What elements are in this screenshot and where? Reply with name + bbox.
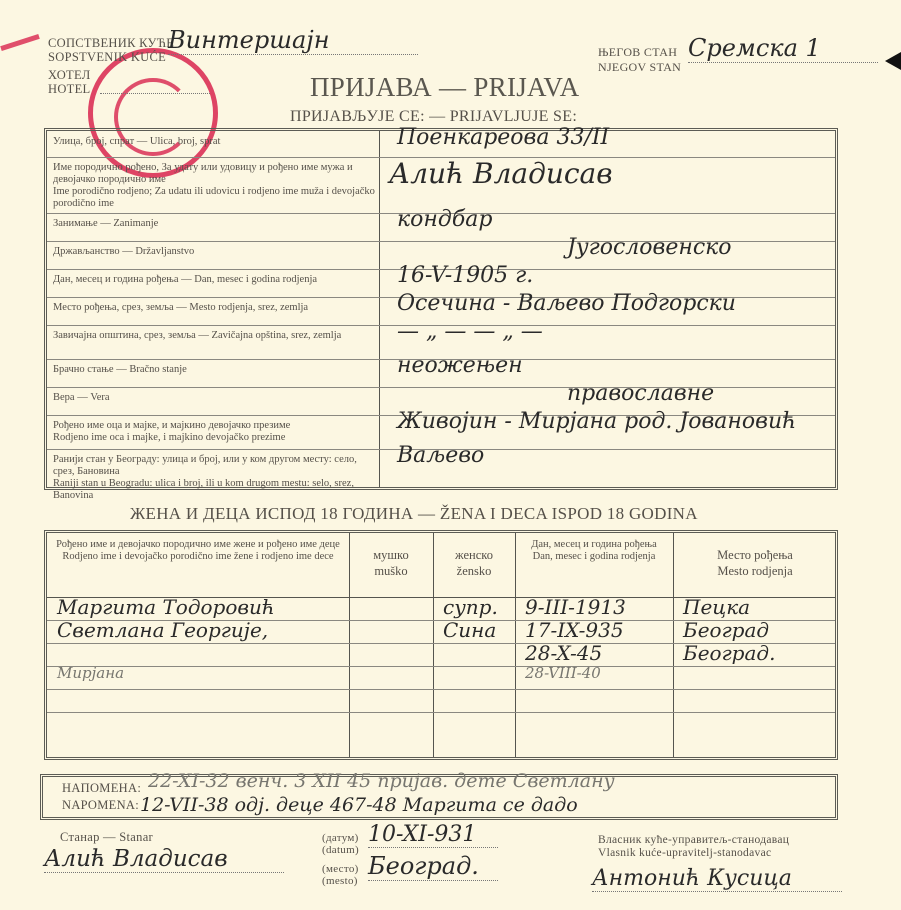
arrow-marker-icon [885,52,901,70]
family-date-cell: 28-VIII-40 [525,664,601,682]
column-divider [433,533,434,757]
field-label: Ранији стан у Београду: улица и број, ил… [53,454,375,502]
hotel-label: ХОТЕЛ HOTEL [48,68,91,96]
family-table: Рођено име и девојачко породично име жен… [44,530,838,760]
field-value: — „ — — „ — [397,319,543,344]
red-ink-mark [0,34,40,51]
owner-signature-label: Власник куће-управитељ-станодавац Vlasni… [598,834,789,860]
tenant-signature: Алић Владисав [44,846,284,873]
field-value: неожењен [397,353,523,378]
field-label: Завичајна општина, срез, земља — Zavičaj… [53,330,375,342]
tenant-label: Станар — Stanar [60,830,153,845]
field-label: Вера — Vera [53,392,375,404]
field-value: кондбар [397,207,492,232]
column-header: мушко muško [353,547,429,579]
field-label: Име породично рођено, За удату или удови… [53,162,375,210]
family-name-cell: Мирјана [57,664,124,682]
family-place-cell: Београд [683,618,769,642]
owner-signature: Антонић Кусица [592,866,842,892]
house-owner-value: Винтершајн [168,26,418,55]
residence-label: ЊЕГОВ СТАН NJEGOV STAN [598,45,681,75]
field-label: Брачно стање — Bračno stanje [53,364,375,376]
registrant-table: Улица, број, спрат — Ulica, broj, spratП… [44,128,838,490]
residence-value: Сремска 1 [688,34,878,63]
note-line-2: 12-VII-38 одј. деце 467-48 Маргита се да… [140,794,578,816]
field-value: Ваљево [397,443,484,468]
form-title: ПРИЈАВА — PRIJAVA [310,72,579,103]
house-owner-label: СОПСТВЕНИК КУЋЕ SOPSTVENIK KUĆE [48,36,174,64]
field-value: Југословенско [567,235,732,260]
row-divider [47,712,835,713]
family-place-cell: Београд. [683,641,775,665]
field-label: Дан, месец и година рођења — Dan, mesec … [53,274,375,286]
field-label: Рођено име оца и мајке, и мајкино девоја… [53,420,375,444]
note-line-1: 22-XI-32 венч. 3 XII 45 пријав. дете Све… [148,770,615,792]
row-divider [47,689,835,690]
field-value: Поенкареова 33/II [397,125,609,150]
column-header: Место рођења Mesto rodjenja [677,547,833,579]
field-value: православне [567,381,714,406]
family-date-cell: 17-IX-935 [525,618,624,642]
hotel-value-line [100,92,210,94]
column-divider [673,533,674,757]
column-header: Дан, месец и година рођења Dan, mesec i … [519,539,669,563]
field-label: Место рођења, срез, земља — Mesto rodjen… [53,302,375,314]
family-name-cell: Маргита Тодоровић [57,595,275,619]
form-subtitle: ПРИЈАВЉУЈЕ СЕ: — PRIJAVLJUJE SE: [290,108,577,126]
row-divider [47,387,835,388]
family-female-cell: супр. [443,595,498,619]
family-date-cell: 9-III-1913 [525,595,626,619]
family-name-cell: Светлана Георгије, [57,618,268,642]
column-header: женско žensko [437,547,511,579]
column-divider [515,533,516,757]
row-divider [47,666,835,667]
field-label: Држављанство — Državljanstvo [53,246,375,258]
field-value: 16-V-1905 г. [397,263,533,288]
field-label: Улица, број, спрат — Ulica, broj, sprat [53,136,375,148]
column-header: Рођено име и девојачко породично име жен… [51,539,345,563]
date-value: 10-XI-931 [368,822,498,848]
place-value: Београд. [368,852,498,881]
family-female-cell: Сина [443,618,496,642]
field-value: Живојин - Мирјана род. Јовановић [397,409,796,434]
date-place-labels: (датум) (datum) (место) (mesto) [322,832,359,887]
field-label: Занимање — Zanimanje [53,218,375,230]
note-label: НАПОМЕНА: NAPOMENA: [62,780,141,814]
family-date-cell: 28-X-45 [525,641,602,665]
family-place-cell: Пецка [683,595,750,619]
column-divider [349,533,350,757]
field-value: Алић Владисав [389,157,613,190]
family-section-title: ЖЕНА И ДЕЦА ИСПОД 18 ГОДИНА — ŽENA I DEC… [130,504,698,524]
column-divider [379,131,380,487]
field-value: Осечина - Ваљево Подгорски [397,291,736,316]
